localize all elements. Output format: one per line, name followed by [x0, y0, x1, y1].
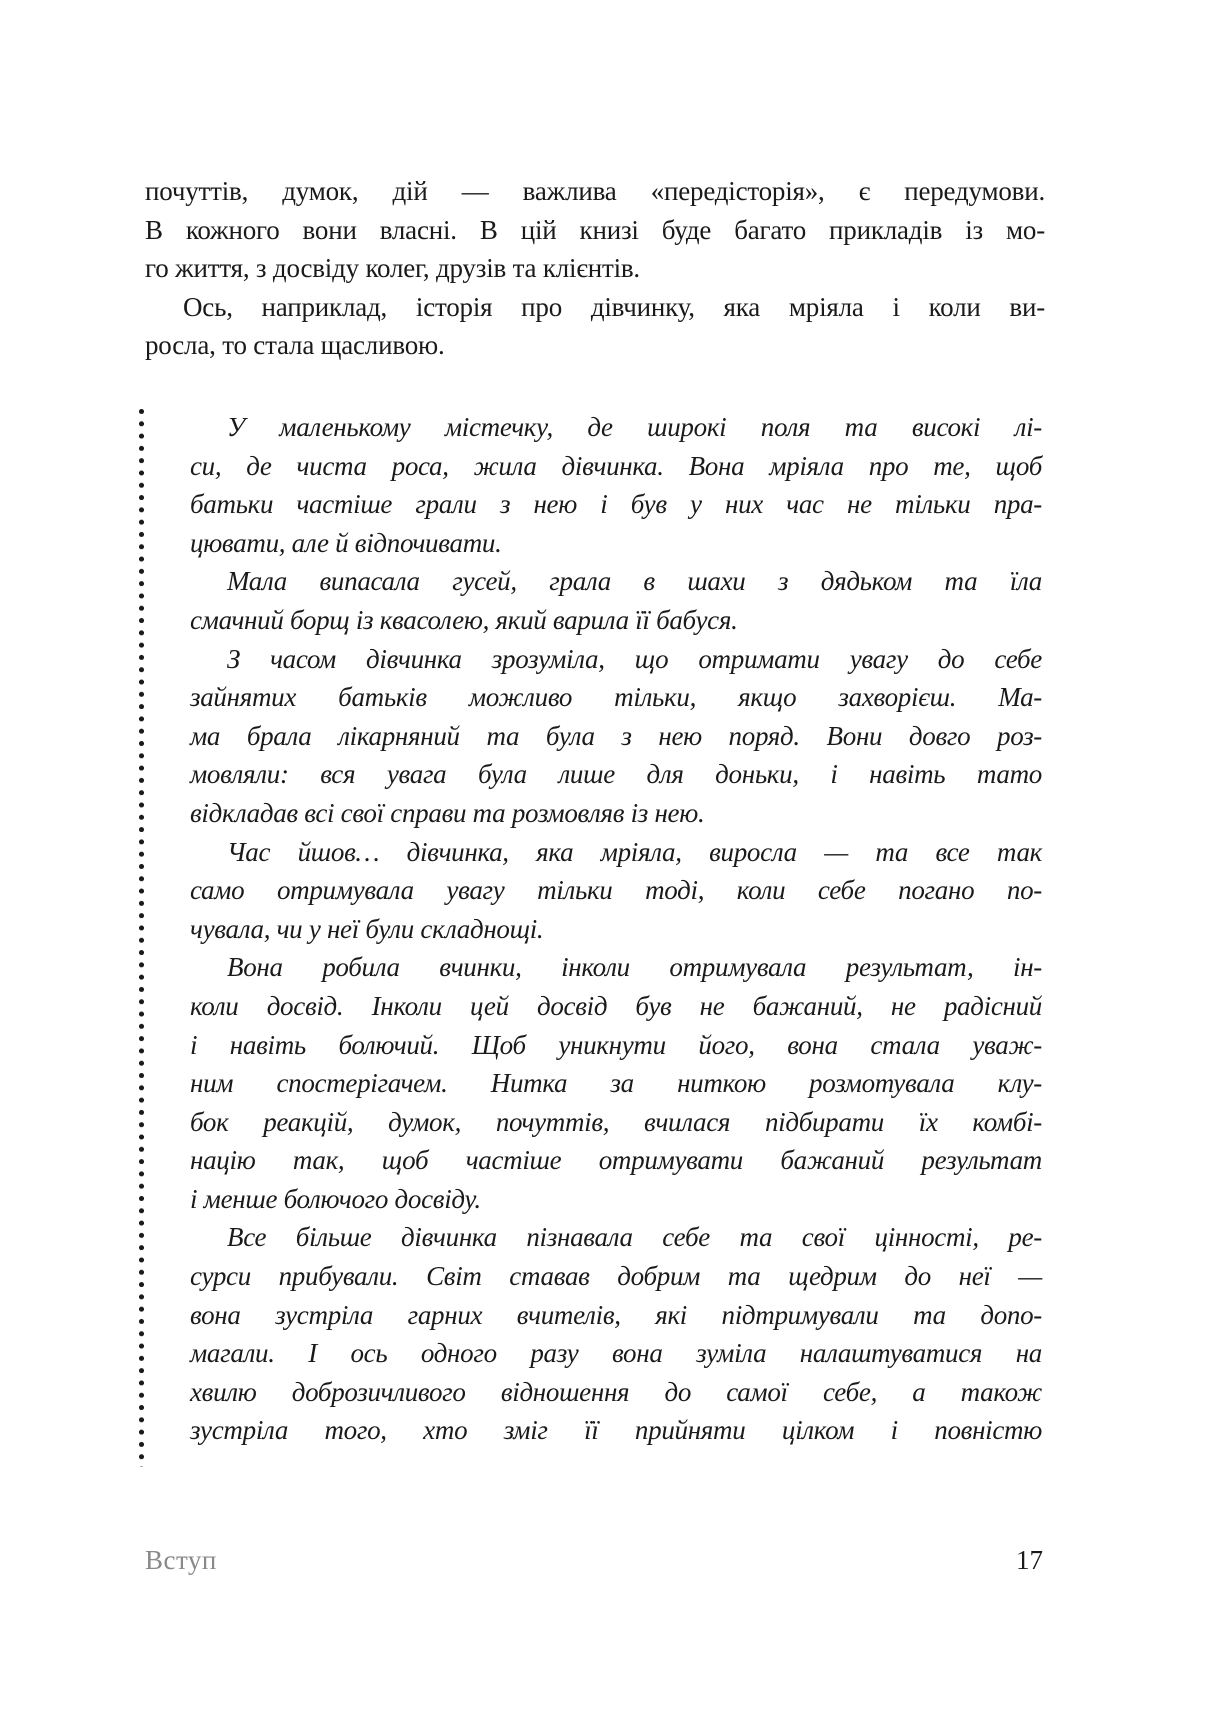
- intro-line: го життя, з досвіду колег, друзів та клі…: [145, 249, 1045, 288]
- quote-line: Мала випасала гусей, грала в шахи з дядь…: [190, 562, 1042, 601]
- quote-line: З часом дівчинка зрозуміла, що отримати …: [190, 640, 1042, 679]
- intro-line: почуттів, думок, дій — важлива «передіст…: [145, 172, 1045, 211]
- story-quote-block: У маленькому містечку, де широкі поля та…: [190, 408, 1042, 1450]
- quote-line: бок реакцій, думок, почуттів, вчилася пі…: [190, 1103, 1042, 1142]
- quote-line: смачний борщ із квасолею, який варила її…: [190, 601, 1042, 640]
- quote-line: Вона робила вчинки, інколи отримувала ре…: [190, 948, 1042, 987]
- book-page: почуттів, думок, дій — важлива «передіст…: [0, 0, 1205, 1733]
- quote-line: коли досвід. Інколи цей досвід був не ба…: [190, 987, 1042, 1026]
- quote-line: ним спостерігачем. Нитка за ниткою розмо…: [190, 1064, 1042, 1103]
- quote-line: і навіть болючий. Щоб уникнути його, вон…: [190, 1026, 1042, 1065]
- quote-line: мовляли: вся увага була лише для доньки,…: [190, 755, 1042, 794]
- quote-line: відкладав всі свої справи та розмовляв і…: [190, 794, 1042, 833]
- quote-line: само отримувала увагу тільки тоді, коли …: [190, 871, 1042, 910]
- quote-line: Час йшов… дівчинка, яка мріяла, виросла …: [190, 833, 1042, 872]
- dotted-quote-rule: [139, 409, 144, 1467]
- quote-line: ма брала лікарняний та була з нею поряд.…: [190, 717, 1042, 756]
- quote-line: зустріла того, хто зміг її прийняти цілк…: [190, 1411, 1042, 1450]
- intro-line: Ось, наприклад, історія про дівчинку, як…: [145, 288, 1045, 327]
- quote-line: Все більше дівчинка пізнавала себе та св…: [190, 1218, 1042, 1257]
- quote-line: магали. І ось одного разу вона зуміла на…: [190, 1334, 1042, 1373]
- quote-line: націю так, щоб частіше отримувати бажани…: [190, 1141, 1042, 1180]
- quote-line: У маленькому містечку, де широкі поля та…: [190, 408, 1042, 447]
- quote-line: хвилю доброзичливого відношення до самої…: [190, 1373, 1042, 1412]
- intro-line: В кожного вони власні. В цій книзі буде …: [145, 211, 1045, 250]
- quote-line: цювати, але й відпочивати.: [190, 524, 1042, 563]
- quote-line: сурси прибували. Світ ставав добрим та щ…: [190, 1257, 1042, 1296]
- intro-paragraphs: почуттів, думок, дій — важлива «передіст…: [145, 172, 1045, 365]
- quote-line: зайнятих батьків можливо тільки, якщо за…: [190, 678, 1042, 717]
- page-number: 17: [1016, 1545, 1043, 1576]
- quote-line: вона зустріла гарних вчителів, які підтр…: [190, 1296, 1042, 1335]
- running-footer-section-title: Вступ: [145, 1545, 217, 1576]
- quote-line: і менше болючого досвіду.: [190, 1180, 1042, 1219]
- quote-line: чувала, чи у неї були складнощі.: [190, 910, 1042, 949]
- intro-line: росла, то стала щасливою.: [145, 326, 1045, 365]
- quote-line: си, де чиста роса, жила дівчинка. Вона м…: [190, 447, 1042, 486]
- quote-line: батьки частіше грали з нею і був у них ч…: [190, 485, 1042, 524]
